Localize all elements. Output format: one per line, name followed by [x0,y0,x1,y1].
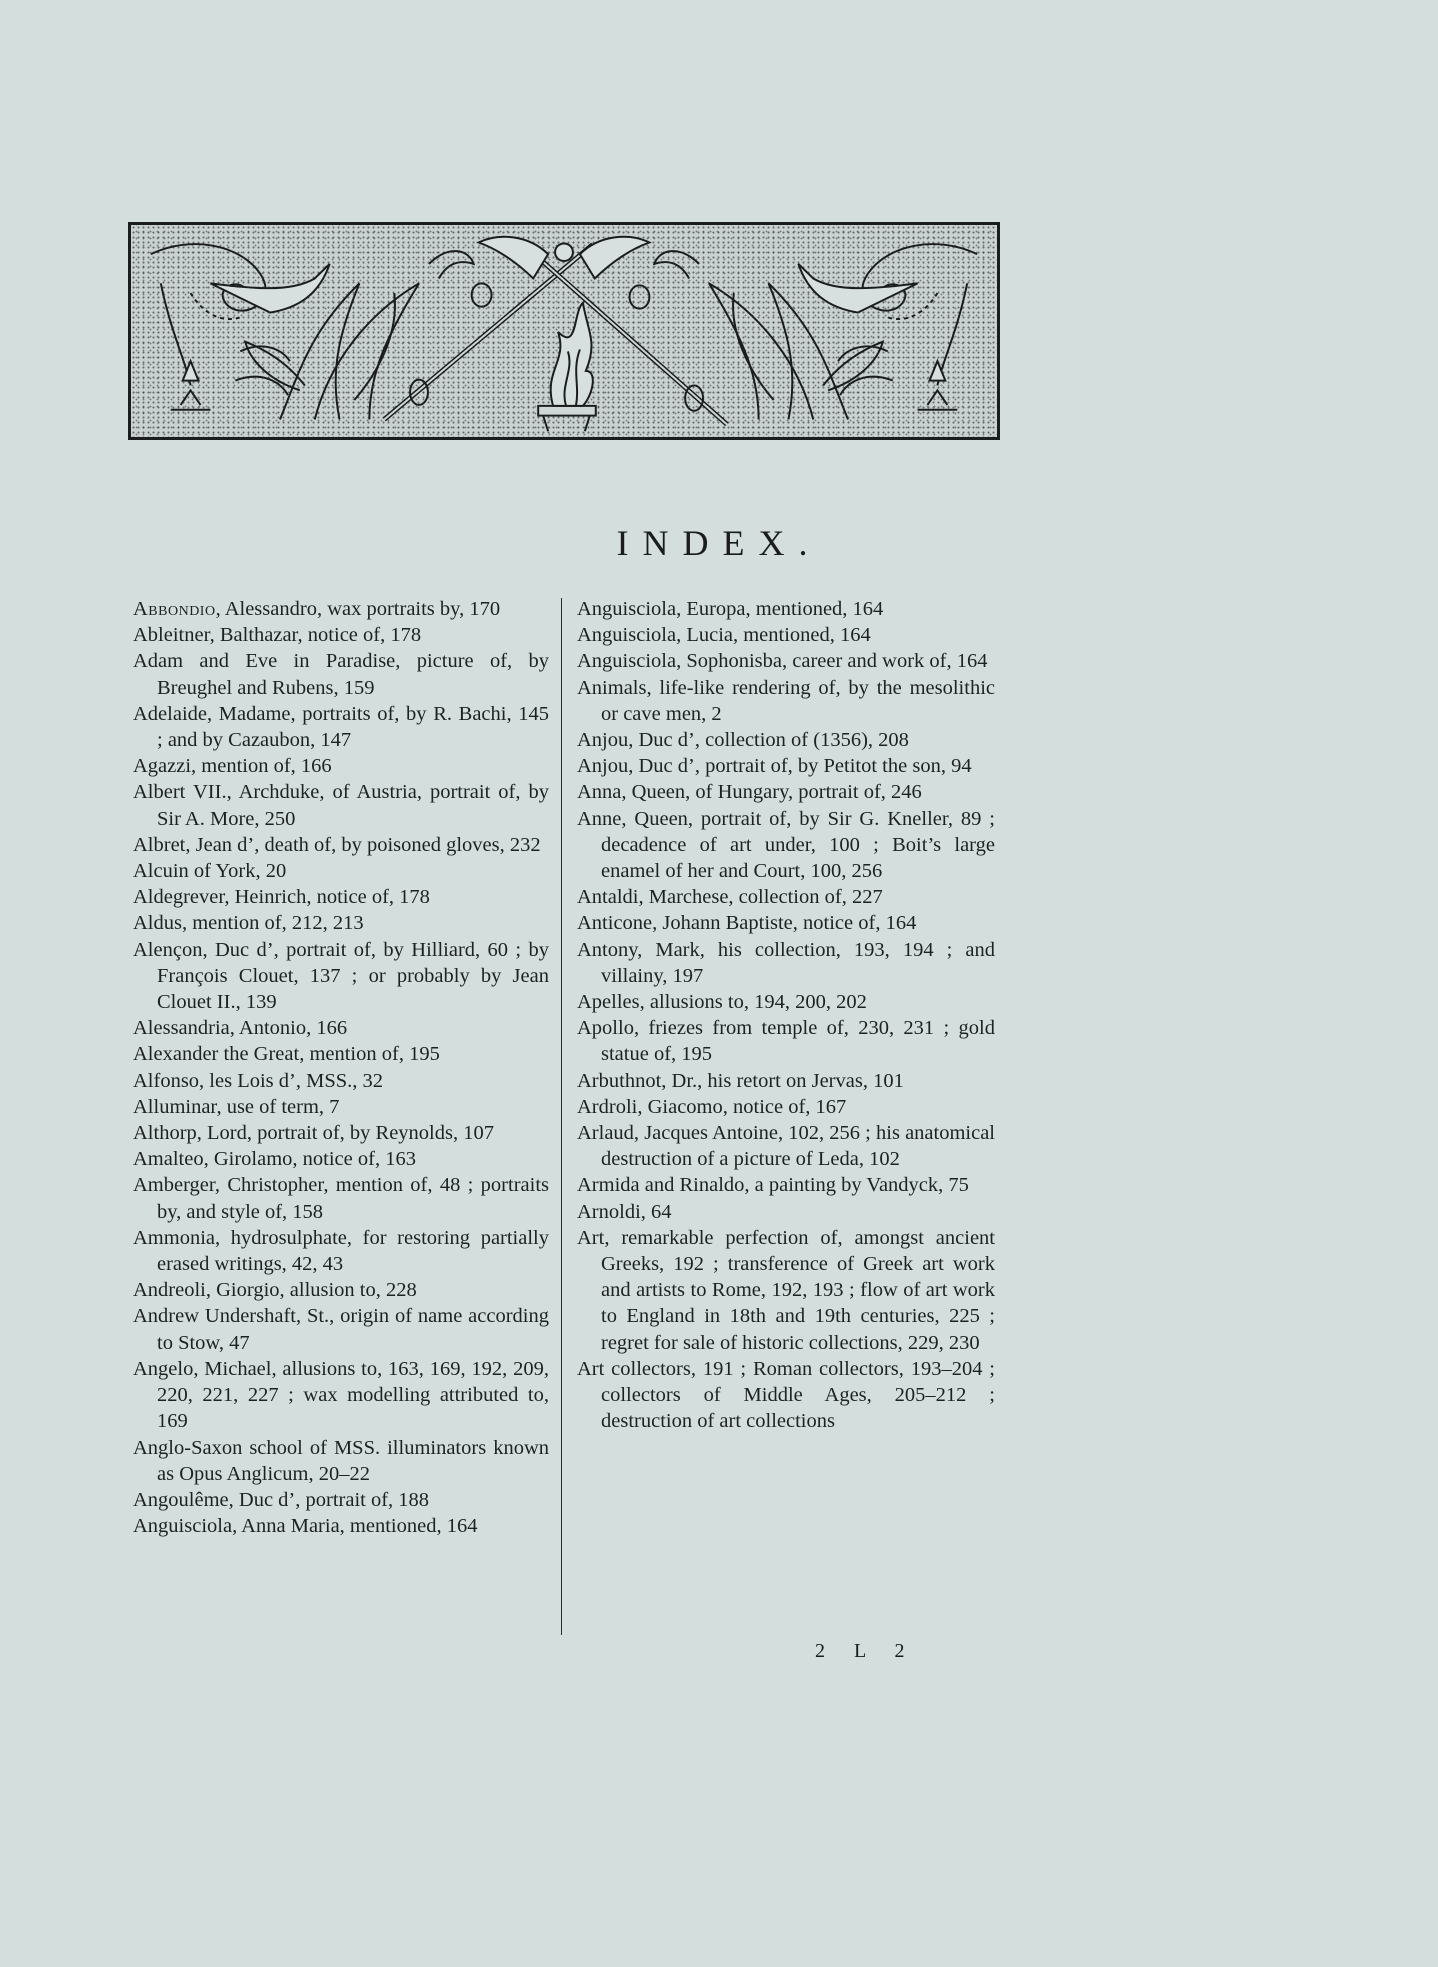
index-entry: Ableitner, Balthazar, notice of, 178 [133,622,549,648]
index-entry: Anguisciola, Sophonisba, career and work… [577,648,995,674]
index-entry: Alexander the Great, mention of, 195 [133,1041,549,1067]
index-entry: Albert VII., Archduke, of Austria, portr… [133,779,549,831]
index-entry: Animals, life-like rendering of, by the … [577,675,995,727]
index-entry: Andreoli, Giorgio, allusion to, 228 [133,1277,549,1303]
index-entry: Abbondio, Alessandro, wax portraits by, … [133,596,549,622]
index-entry: Anne, Queen, portrait of, by Sir G. Knel… [577,806,995,885]
index-entry: Arlaud, Jacques Antoine, 102, 256 ; his … [577,1120,995,1172]
index-entry: Agazzi, mention of, 166 [133,753,549,779]
index-entry: Amalteo, Girolamo, notice of, 163 [133,1146,549,1172]
index-entry: Adam and Eve in Paradise, picture of, by… [133,648,549,700]
index-entry: Anjou, Duc d’, collection of (1356), 208 [577,727,995,753]
index-column-left: Abbondio, Alessandro, wax portraits by, … [133,596,549,1539]
index-column-right: Anguisciola, Europa, mentioned, 164 Angu… [577,596,995,1435]
index-entry: Armida and Rinaldo, a painting by Vandyc… [577,1172,995,1198]
ornament-foliage-icon [131,225,997,437]
index-entry: Aldegrever, Heinrich, notice of, 178 [133,884,549,910]
index-entry: Ardroli, Giacomo, notice of, 167 [577,1094,995,1120]
index-entry: Ammonia, hydrosulphate, for restoring pa… [133,1225,549,1277]
index-entry: Anticone, Johann Baptiste, notice of, 16… [577,910,995,936]
index-entry: Angoulême, Duc d’, portrait of, 188 [133,1487,549,1513]
index-entry: Art collectors, 191 ; Roman collectors, … [577,1356,995,1435]
signature-mark: 2 L 2 [815,1640,916,1663]
index-entry: Anguisciola, Lucia, mentioned, 164 [577,622,995,648]
index-entry-head: Abbondio [133,598,216,620]
index-entry: Althorp, Lord, portrait of, by Reynolds,… [133,1120,549,1146]
index-entry: Antaldi, Marchese, collection of, 227 [577,884,995,910]
index-entry: Albret, Jean d’, death of, by poisoned g… [133,832,549,858]
index-entry: Angelo, Michael, allusions to, 163, 169,… [133,1356,549,1435]
index-entry: Alfonso, les Lois d’, MSS., 32 [133,1068,549,1094]
column-divider [561,598,562,1635]
index-entry: Anguisciola, Europa, mentioned, 164 [577,596,995,622]
index-entry: Aldus, mention of, 212, 213 [133,910,549,936]
index-entry: Alessandria, Antonio, 166 [133,1015,549,1041]
index-entry: Apollo, friezes from temple of, 230, 231… [577,1015,995,1067]
index-entry: Amberger, Christopher, mention of, 48 ; … [133,1172,549,1224]
index-entry: Anna, Queen, of Hungary, portrait of, 24… [577,779,995,805]
decorative-headpiece-banner [128,222,1000,440]
index-entry: Alluminar, use of term, 7 [133,1094,549,1120]
index-entry: Arbuthnot, Dr., his retort on Jervas, 10… [577,1068,995,1094]
index-entry: Anglo-Saxon school of MSS. illuminators … [133,1435,549,1487]
index-entry: Antony, Mark, his collection, 193, 194 ;… [577,937,995,989]
index-entry: Art, remarkable perfection of, amongst a… [577,1225,995,1356]
index-entry: Arnoldi, 64 [577,1199,995,1225]
page-title: INDEX. [0,522,1438,564]
index-entry: Andrew Undershaft, St., origin of name a… [133,1303,549,1355]
index-entry: Apelles, allusions to, 194, 200, 202 [577,989,995,1015]
index-entry: Adelaide, Madame, portraits of, by R. Ba… [133,701,549,753]
index-entry: Alcuin of York, 20 [133,858,549,884]
index-entry: Alençon, Duc d’, portrait of, by Hilliar… [133,937,549,1016]
index-entry: Anguisciola, Anna Maria, mentioned, 164 [133,1513,549,1539]
index-entry: Anjou, Duc d’, portrait of, by Petitot t… [577,753,995,779]
